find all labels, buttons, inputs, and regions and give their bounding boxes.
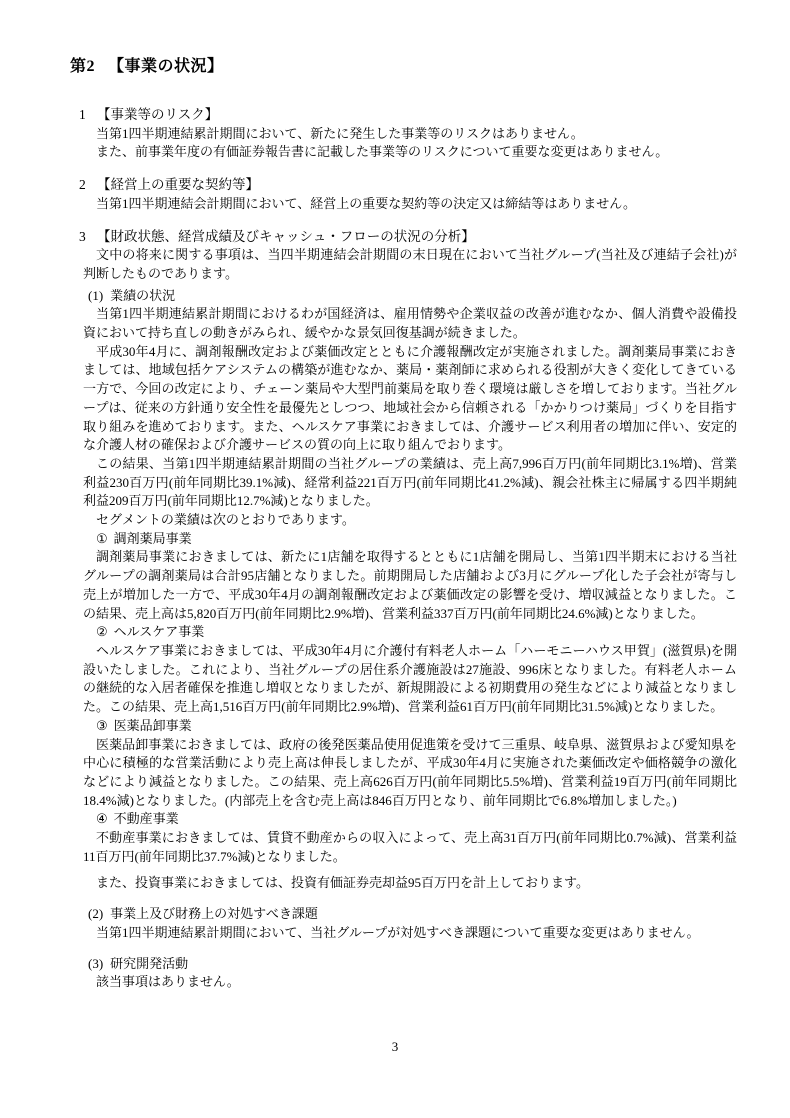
paragraph: 調剤薬局事業におきましては、新たに1店舗を取得するとともに1店舗を開局し、当第1…: [83, 548, 737, 623]
segment-title: ヘルスケア事業: [114, 624, 205, 639]
paragraph: 当第1四半期連結累計期間におけるわが国経済は、雇用情勢や企業収益の改善が進むなか…: [83, 305, 737, 342]
segment-marker: ②: [96, 624, 108, 639]
paragraph: ヘルスケア事業におきましては、平成30年4月に介護付有料老人ホーム「ハーモニーハ…: [83, 642, 737, 717]
section-body: 文中の将来に関する事項は、当四半期連結会計期間の末日現在において当社グループ(当…: [83, 246, 737, 992]
section-number: 1: [79, 106, 88, 125]
intro-paragraph: 文中の将来に関する事項は、当四半期連結会計期間の末日現在において当社グループ(当…: [83, 246, 737, 283]
section-heading: 2【経営上の重要な契約等】: [79, 176, 737, 195]
subsection-heading-rd: (3)研究開発活動: [88, 955, 737, 974]
section-body: 当第1四半期連結累計期間において、新たに発生した事業等のリスクはありません。 ま…: [83, 125, 737, 162]
subsection-number: (2): [88, 906, 103, 921]
section-business-risks: 1【事業等のリスク】 当第1四半期連結累計期間において、新たに発生した事業等のリ…: [79, 106, 737, 162]
subsection-number: (3): [88, 956, 103, 971]
segment-marker: ④: [96, 811, 108, 826]
segment-heading-wholesale: ③医薬品卸事業: [96, 717, 737, 736]
section-heading-label: 【事業等のリスク】: [97, 107, 218, 122]
section-heading-label: 【経営上の重要な契約等】: [97, 177, 259, 192]
subsection-title: 業績の状況: [110, 288, 175, 303]
segment-heading-pharmacy: ①調剤薬局事業: [96, 530, 737, 549]
section-material-contracts: 2【経営上の重要な契約等】 当第1四半期連結会計期間において、経営上の重要な契約…: [79, 176, 737, 213]
segment-marker: ③: [96, 718, 108, 733]
paragraph: この結果、当第1四半期連結累計期間の当社グループの業績は、売上高7,996百万円…: [83, 455, 737, 511]
paragraph: 当第1四半期連結累計期間において、当社グループが対処すべき課題について重要な変更…: [83, 924, 737, 943]
segment-marker: ①: [96, 531, 108, 546]
chapter-number: 第2: [70, 58, 95, 75]
subsection-title: 事業上及び財務上の対処すべき課題: [110, 906, 318, 921]
paragraph: 平成30年4月に、調剤報酬改定および薬価改定とともに介護報酬改定が実施されました…: [83, 343, 737, 455]
paragraph: 当第1四半期連結累計期間において、新たに発生した事業等のリスクはありません。: [83, 125, 737, 144]
subsection-heading-issues: (2)事業上及び財務上の対処すべき課題: [88, 905, 737, 924]
subsection-heading-results: (1)業績の状況: [88, 287, 737, 306]
paragraph: セグメントの業績は次のとおりであります。: [83, 511, 737, 530]
segment-heading-healthcare: ②ヘルスケア事業: [96, 623, 737, 642]
paragraph: 不動産事業におきましては、賃貸不動産からの収入によって、売上高31百万円(前年同…: [83, 829, 737, 866]
section-body: 当第1四半期連結会計期間において、経営上の重要な契約等の決定又は締結等はありませ…: [83, 195, 737, 214]
paragraph: 医薬品卸事業におきましては、政府の後発医薬品使用促進策を受けて三重県、岐阜県、滋…: [83, 736, 737, 811]
paragraph: 当第1四半期連結会計期間において、経営上の重要な契約等の決定又は締結等はありませ…: [83, 195, 737, 214]
section-number: 2: [79, 176, 88, 195]
paragraph: また、投資事業におきましては、投資有価証券売却益95百万円を計上しております。: [83, 874, 737, 893]
segment-title: 医薬品卸事業: [114, 718, 192, 733]
chapter-label: 【事業の状況】: [108, 58, 224, 75]
segment-title: 調剤薬局事業: [114, 531, 192, 546]
segment-title: 不動産事業: [114, 811, 179, 826]
section-heading: 1【事業等のリスク】: [79, 106, 737, 125]
section-heading-label: 【財政状態、経営成績及びキャッシュ・フローの状況の分析】: [97, 229, 475, 244]
report-page: 第2【事業の状況】 1【事業等のリスク】 当第1四半期連結累計期間において、新た…: [0, 0, 790, 1118]
subsection-title: 研究開発活動: [110, 956, 188, 971]
paragraph: また、前事業年度の有価証券報告書に記載した事業等のリスクについて重要な変更はあり…: [83, 143, 737, 162]
subsection-number: (1): [88, 288, 103, 303]
page-number: 3: [0, 1038, 790, 1057]
section-number: 3: [79, 228, 88, 247]
chapter-title: 第2【事業の状況】: [70, 57, 790, 77]
section-financial-analysis: 3【財政状態、経営成績及びキャッシュ・フローの状況の分析】 文中の将来に関する事…: [79, 228, 737, 992]
paragraph: 該当事項はありません。: [83, 973, 737, 992]
segment-heading-realestate: ④不動産事業: [96, 810, 737, 829]
section-heading: 3【財政状態、経営成績及びキャッシュ・フローの状況の分析】: [79, 228, 737, 247]
